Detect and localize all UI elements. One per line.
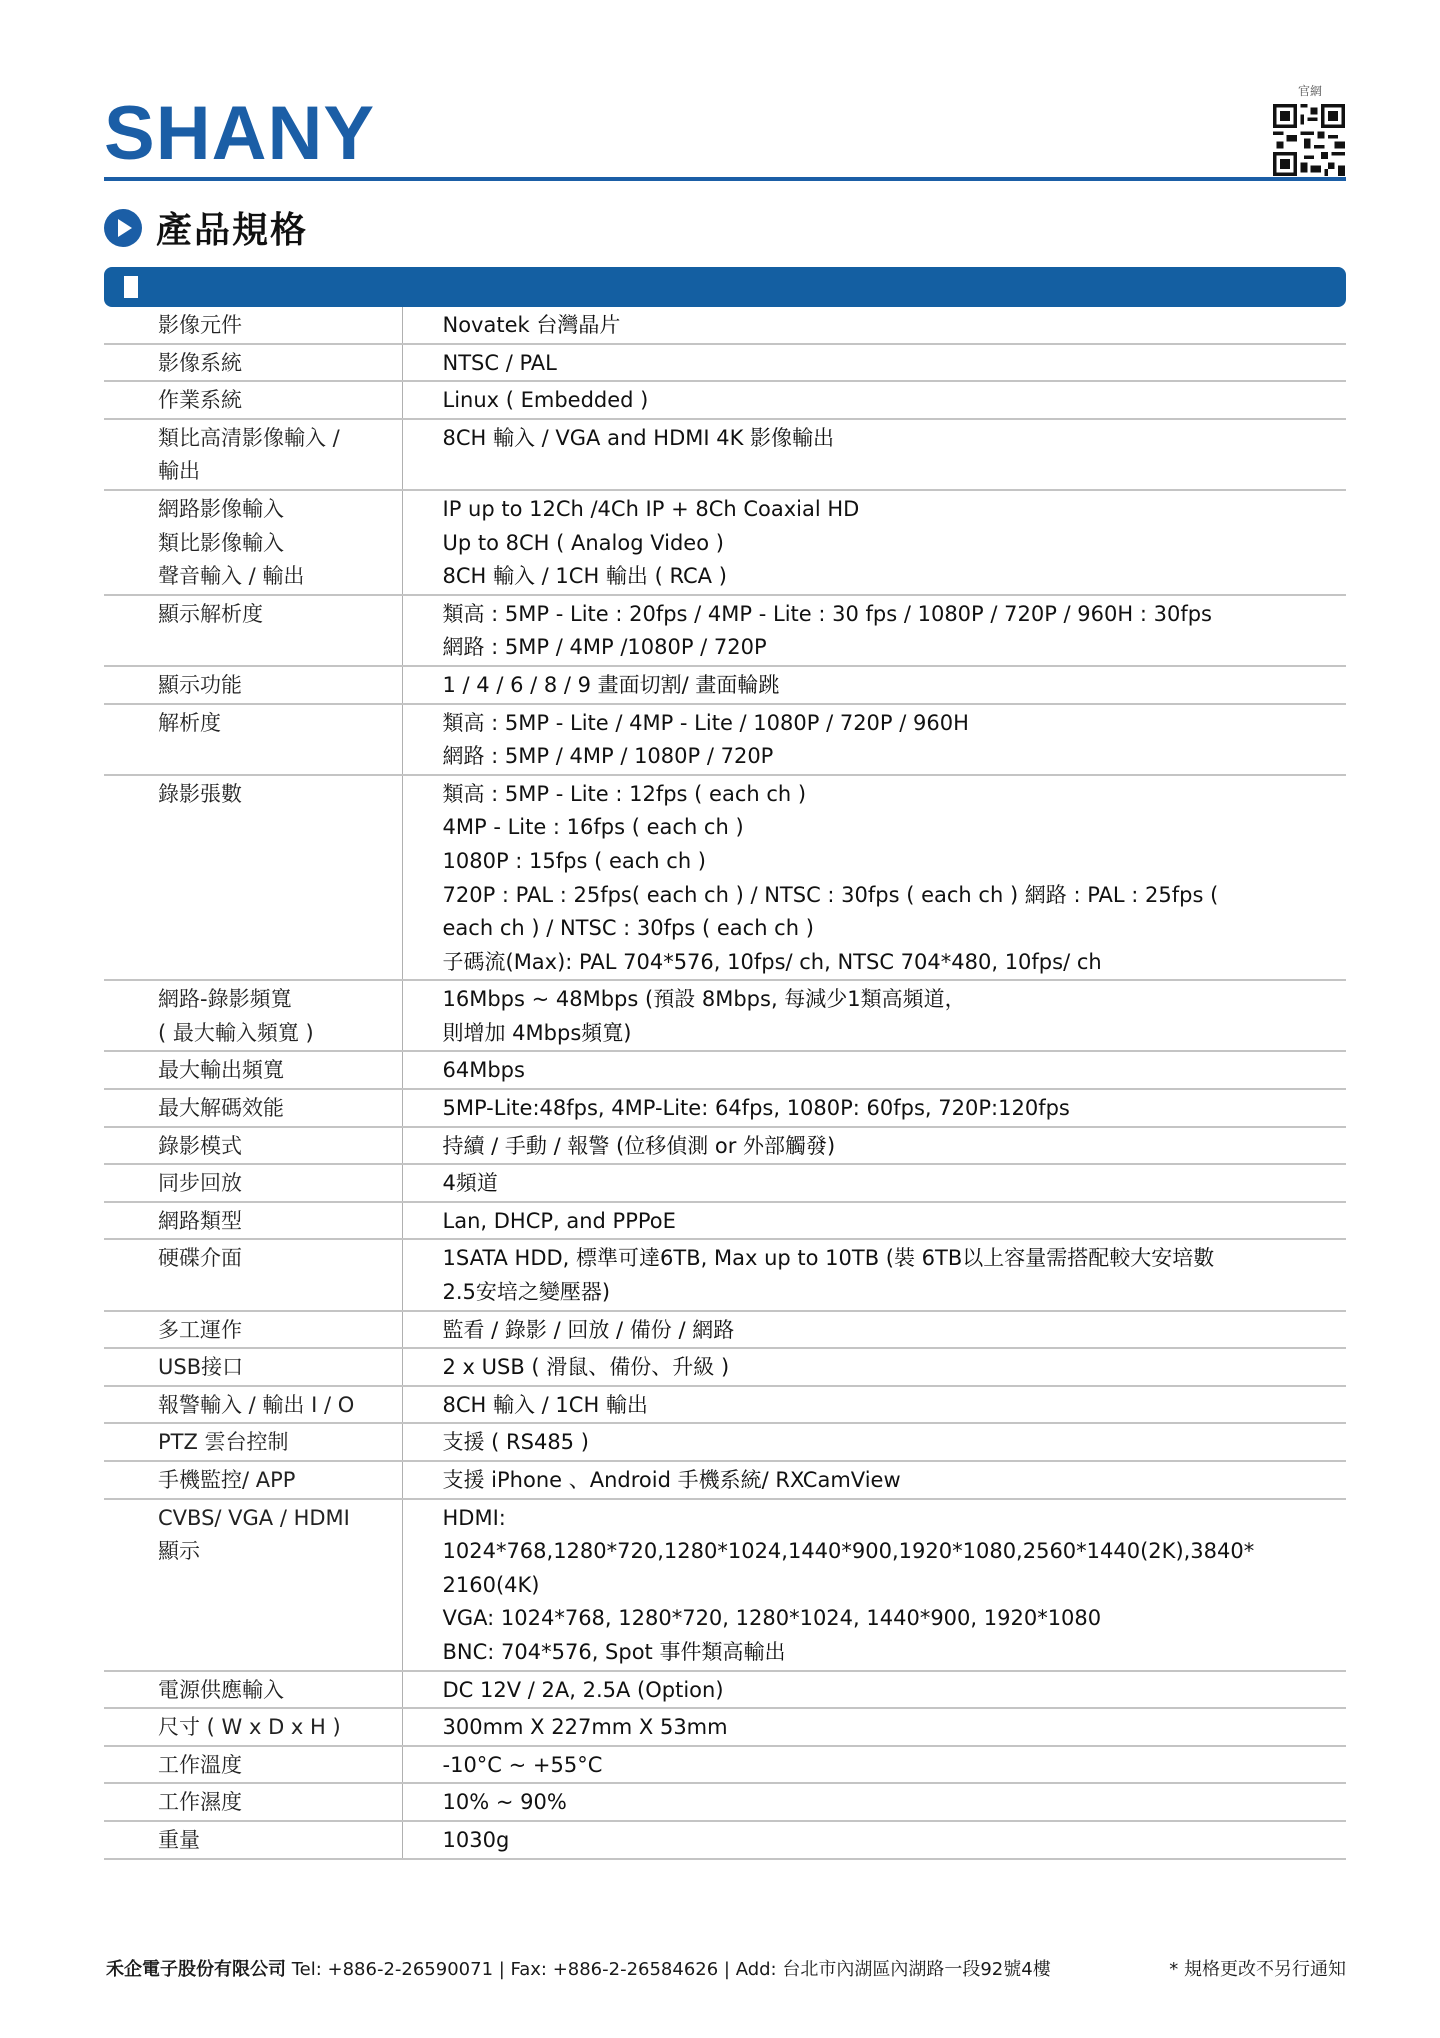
spec-row: 工作濕度10% ~ 90%	[104, 1783, 1346, 1821]
spec-value: 持續 / 手動 / 報警 (位移偵測 or 外部觸發)	[402, 1127, 1346, 1165]
spec-value-line: Linux ( Embedded )	[443, 384, 1347, 418]
spec-row: 網路-錄影頻寬( 最大輸入頻寬 )16Mbps ~ 48Mbps (預設 8Mb…	[104, 980, 1346, 1051]
spec-row: CVBS/ VGA / HDMI顯示​​​HDMI:1024*768,1280*…	[104, 1499, 1346, 1671]
spacer: ​	[158, 811, 402, 845]
spec-value: 2 x USB ( 滑鼠、備份、升級 )	[402, 1348, 1346, 1386]
spec-value-line: 64Mbps	[443, 1054, 1347, 1088]
spec-label-line: PTZ 雲台控制	[158, 1426, 402, 1460]
spec-row: 影像元件Novatek 台灣晶片	[104, 307, 1346, 344]
square-marker-icon	[124, 276, 138, 298]
spec-label-line: 顯示功能	[158, 669, 402, 703]
spec-value-line: 類高 : 5MP - Lite : 12fps ( each ch )	[443, 778, 1347, 812]
spacer: ​	[158, 946, 402, 980]
spec-table: 影像元件Novatek 台灣晶片影像系統NTSC / PAL作業系統Linux …	[104, 307, 1346, 1860]
spec-value: 300mm X 227mm X 53mm	[402, 1708, 1346, 1746]
spec-value-line: 1080P : 15fps ( each ch )	[443, 845, 1347, 879]
spec-label: 尺寸 ( W x D x H )	[104, 1708, 402, 1746]
spec-value-line: BNC: 704*576, Spot 事件類高輸出	[443, 1636, 1347, 1670]
spec-value-line: 監看 / 錄影 / 回放 / 備份 / 網路	[443, 1314, 1347, 1348]
spec-value-line: 16Mbps ~ 48Mbps (預設 8Mbps, 每減少1類高頻道，	[443, 983, 1347, 1017]
spec-value: DC 12V / 2A, 2.5A (Option)	[402, 1671, 1346, 1709]
spacer: ​	[158, 879, 402, 913]
spec-row: PTZ 雲台控制支援 ( RS485 )	[104, 1423, 1346, 1461]
spec-label-line: ( 最大輸入頻寬 )	[158, 1017, 402, 1051]
spec-label: 錄影張數​​​​​	[104, 775, 402, 981]
spec-value-line: 2.5安培之變壓器)	[443, 1276, 1347, 1310]
spacer: ​	[158, 1602, 402, 1636]
spec-value-line: 1SATA HDD, 標準可達6TB, Max up to 10TB (裝 6T…	[443, 1242, 1347, 1276]
spec-value-line: 類高 : 5MP - Lite : 20fps / 4MP - Lite : 3…	[443, 598, 1347, 632]
spec-value: 8CH 輸入 / 1CH 輸出	[402, 1386, 1346, 1424]
spec-value: Lan, DHCP, and PPPoE	[402, 1202, 1346, 1240]
spec-value-line: 300mm X 227mm X 53mm	[443, 1711, 1347, 1745]
spec-label-line: 工作濕度	[158, 1786, 402, 1820]
spec-value-line: ​	[443, 455, 1347, 489]
spec-label-line: 硬碟介面	[158, 1242, 402, 1276]
spec-value: 4頻道	[402, 1164, 1346, 1202]
spec-row: 網路類型Lan, DHCP, and PPPoE	[104, 1202, 1346, 1240]
spacer: ​	[158, 631, 402, 665]
spec-value: 16Mbps ~ 48Mbps (預設 8Mbps, 每減少1類高頻道，則增加 …	[402, 980, 1346, 1051]
section-title: 產品規格	[156, 202, 308, 253]
spec-row: 解析度​類高 : 5MP - Lite / 4MP - Lite / 1080P…	[104, 704, 1346, 775]
spec-label-line: 作業系統	[158, 384, 402, 418]
spec-row: 電源供應輸入DC 12V / 2A, 2.5A (Option)	[104, 1671, 1346, 1709]
spec-row: 最大輸出頻寬64Mbps	[104, 1051, 1346, 1089]
spec-label: 最大解碼效能	[104, 1089, 402, 1127]
spec-row: 網路影像輸入類比影像輸入聲音輸入 / 輸出IP up to 12Ch /4Ch …	[104, 490, 1346, 595]
spec-value-line: Lan, DHCP, and PPPoE	[443, 1205, 1347, 1239]
spec-label: 顯示解析度​	[104, 595, 402, 666]
spec-label-line: 類比影像輸入	[158, 527, 402, 561]
footer: 禾企電子股份有限公司 Tel: +886-2-26590071 | Fax: +…	[106, 1955, 1346, 1981]
spec-label: 網路影像輸入類比影像輸入聲音輸入 / 輸出	[104, 490, 402, 595]
spec-value-line: Novatek 台灣晶片	[443, 309, 1347, 343]
spec-value-line: 4MP - Lite : 16fps ( each ch )	[443, 811, 1347, 845]
spec-value: 64Mbps	[402, 1051, 1346, 1089]
spec-value: 10% ~ 90%	[402, 1783, 1346, 1821]
spec-label: 錄影模式	[104, 1127, 402, 1165]
spec-row: 錄影張數​​​​​類高 : 5MP - Lite : 12fps ( each …	[104, 775, 1346, 981]
spec-value-line: 1 / 4 / 6 / 8 / 9 畫面切割/ 畫面輪跳	[443, 669, 1347, 703]
spec-row: 作業系統Linux ( Embedded )	[104, 381, 1346, 419]
spec-label-line: 報警輸入 / 輸出 I / O	[158, 1389, 402, 1423]
spec-label-line: 顯示	[158, 1535, 402, 1569]
spec-value-line: NTSC / PAL	[443, 347, 1347, 381]
spec-value: IP up to 12Ch /4Ch IP + 8Ch Coaxial HDUp…	[402, 490, 1346, 595]
spec-value: 類高 : 5MP - Lite / 4MP - Lite / 1080P / 7…	[402, 704, 1346, 775]
spec-label-line: 解析度	[158, 707, 402, 741]
spec-row: 顯示功能1 / 4 / 6 / 8 / 9 畫面切割/ 畫面輪跳	[104, 666, 1346, 704]
spacer: ​	[158, 1636, 402, 1670]
spec-value-line: VGA: 1024*768, 1280*720, 1280*1024, 1440…	[443, 1602, 1347, 1636]
contact-info: Tel: +886-2-26590071 | Fax: +886-2-26584…	[286, 1959, 1051, 1980]
spec-value: HDMI:1024*768,1280*720,1280*1024,1440*90…	[402, 1499, 1346, 1671]
spec-label-line: 同步回放	[158, 1167, 402, 1201]
spacer: ​	[158, 912, 402, 946]
spec-value: Linux ( Embedded )	[402, 381, 1346, 419]
spec-value-line: 8CH 輸入 / VGA and HDMI 4K 影像輸出	[443, 422, 1347, 456]
spec-value-line: -10°C ~ +55°C	[443, 1749, 1347, 1783]
spec-value-line: 則增加 4Mbps頻寬)	[443, 1017, 1347, 1051]
spec-value: 1 / 4 / 6 / 8 / 9 畫面切割/ 畫面輪跳	[402, 666, 1346, 704]
spec-value: NTSC / PAL	[402, 344, 1346, 382]
spec-value-line: Up to 8CH ( Analog Video )	[443, 527, 1347, 561]
spec-row: 多工運作監看 / 錄影 / 回放 / 備份 / 網路	[104, 1311, 1346, 1349]
spec-label: 報警輸入 / 輸出 I / O	[104, 1386, 402, 1424]
spec-label-line: 影像系統	[158, 347, 402, 381]
spec-row: 錄影模式持續 / 手動 / 報警 (位移偵測 or 外部觸發)	[104, 1127, 1346, 1165]
footer-contact: 禾企電子股份有限公司 Tel: +886-2-26590071 | Fax: +…	[106, 1955, 1051, 1981]
spec-label-line: 聲音輸入 / 輸出	[158, 560, 402, 594]
spec-label-line: 類比高清影像輸入 /	[158, 422, 402, 456]
spec-value-line: 1024*768,1280*720,1280*1024,1440*900,192…	[443, 1535, 1347, 1569]
spec-label: 網路-錄影頻寬( 最大輸入頻寬 )	[104, 980, 402, 1051]
spec-label-line: 最大輸出頻寬	[158, 1054, 402, 1088]
spec-label: 作業系統	[104, 381, 402, 419]
spec-label-line: 網路-錄影頻寬	[158, 983, 402, 1017]
spec-label: 網路類型	[104, 1202, 402, 1240]
spec-row: 顯示解析度​類高 : 5MP - Lite : 20fps / 4MP - Li…	[104, 595, 1346, 666]
spec-row: 類比高清影像輸入 /輸出8CH 輸入 / VGA and HDMI 4K 影像輸…	[104, 419, 1346, 490]
spec-label-line: 多工運作	[158, 1314, 402, 1348]
spec-value-line: each ch ) / NTSC : 30fps ( each ch )	[443, 912, 1347, 946]
spec-label: 多工運作	[104, 1311, 402, 1349]
spec-label-line: 最大解碼效能	[158, 1092, 402, 1126]
spec-row: 工作溫度-10°C ~ +55°C	[104, 1746, 1346, 1784]
spec-label-line: 錄影張數	[158, 778, 402, 812]
spec-label-line: 重量	[158, 1824, 402, 1858]
spec-value-line: 10% ~ 90%	[443, 1786, 1347, 1820]
spec-label: 顯示功能	[104, 666, 402, 704]
spec-label-line: 網路類型	[158, 1205, 402, 1239]
spec-value: 類高 : 5MP - Lite : 12fps ( each ch )4MP -…	[402, 775, 1346, 981]
spec-value: Novatek 台灣晶片	[402, 307, 1346, 344]
spec-value-line: 網路 : 5MP / 4MP / 1080P / 720P	[443, 740, 1347, 774]
spec-label: 工作濕度	[104, 1783, 402, 1821]
spec-value-line: 類高 : 5MP - Lite / 4MP - Lite / 1080P / 7…	[443, 707, 1347, 741]
spec-value: 1SATA HDD, 標準可達6TB, Max up to 10TB (裝 6T…	[402, 1239, 1346, 1310]
brand-logo: SHANY	[104, 96, 375, 172]
spec-value-line: 網路 : 5MP / 4MP /1080P / 720P	[443, 631, 1347, 665]
spec-label: 硬碟介面​	[104, 1239, 402, 1310]
spec-label: 類比高清影像輸入 /輸出	[104, 419, 402, 490]
company-name: 禾企電子股份有限公司	[106, 1959, 286, 1980]
spacer: ​	[158, 1569, 402, 1603]
spec-label: 解析度​	[104, 704, 402, 775]
spec-label-line: 尺寸 ( W x D x H )	[158, 1711, 402, 1745]
spec-label-line: 手機監控/ APP	[158, 1464, 402, 1498]
spec-row: 尺寸 ( W x D x H )300mm X 227mm X 53mm	[104, 1708, 1346, 1746]
top-divider	[104, 177, 1346, 181]
spec-value-line: 5MP-Lite:48fps, 4MP-Lite: 64fps, 1080P: …	[443, 1092, 1347, 1126]
spec-value: 8CH 輸入 / VGA and HDMI 4K 影像輸出​	[402, 419, 1346, 490]
spec-label: 工作溫度	[104, 1746, 402, 1784]
spec-label: 影像系統	[104, 344, 402, 382]
table-header-bar	[104, 267, 1346, 307]
qr-code-icon[interactable]	[1273, 104, 1345, 176]
section-heading: 產品規格	[104, 202, 308, 253]
spec-label: 手機監控/ APP	[104, 1461, 402, 1499]
spec-label: 同步回放	[104, 1164, 402, 1202]
spec-row: 報警輸入 / 輸出 I / O8CH 輸入 / 1CH 輸出	[104, 1386, 1346, 1424]
spec-value-line: HDMI:	[443, 1502, 1347, 1536]
spec-label: 電源供應輸入	[104, 1671, 402, 1709]
qr-label: 官網	[1290, 82, 1330, 99]
spec-value: 5MP-Lite:48fps, 4MP-Lite: 64fps, 1080P: …	[402, 1089, 1346, 1127]
spec-value-line: 4頻道	[443, 1167, 1347, 1201]
spec-value-line: 2 x USB ( 滑鼠、備份、升級 )	[443, 1351, 1347, 1385]
spacer: ​	[158, 740, 402, 774]
spec-label: 影像元件	[104, 307, 402, 344]
spec-value: 支援 ( RS485 )	[402, 1423, 1346, 1461]
spec-row: 同步回放4頻道	[104, 1164, 1346, 1202]
spec-value: 類高 : 5MP - Lite : 20fps / 4MP - Lite : 3…	[402, 595, 1346, 666]
spec-row: 重量1030g	[104, 1821, 1346, 1859]
spec-value-line: 720P : PAL : 25fps( each ch ) / NTSC : 3…	[443, 879, 1347, 913]
spec-label-line: USB接口	[158, 1351, 402, 1385]
spec-label: CVBS/ VGA / HDMI顯示​​​	[104, 1499, 402, 1671]
spec-value-line: 8CH 輸入 / 1CH 輸出 ( RCA )	[443, 560, 1347, 594]
spec-value: 1030g	[402, 1821, 1346, 1859]
spec-label-line: 輸出	[158, 455, 402, 489]
spec-row: 硬碟介面​1SATA HDD, 標準可達6TB, Max up to 10TB …	[104, 1239, 1346, 1310]
spec-row: 最大解碼效能5MP-Lite:48fps, 4MP-Lite: 64fps, 1…	[104, 1089, 1346, 1127]
spec-value: -10°C ~ +55°C	[402, 1746, 1346, 1784]
spec-row: USB接口2 x USB ( 滑鼠、備份、升級 )	[104, 1348, 1346, 1386]
spec-value-line: 支援 iPhone 、Android 手機系統/ RXCamView	[443, 1464, 1347, 1498]
spec-label: PTZ 雲台控制	[104, 1423, 402, 1461]
spec-row: 手機監控/ APP支援 iPhone 、Android 手機系統/ RXCamV…	[104, 1461, 1346, 1499]
spec-label: 重量	[104, 1821, 402, 1859]
spec-value-line: 支援 ( RS485 )	[443, 1426, 1347, 1460]
spacer: ​	[158, 1276, 402, 1310]
spec-value-line: 8CH 輸入 / 1CH 輸出	[443, 1389, 1347, 1423]
spec-value: 監看 / 錄影 / 回放 / 備份 / 網路	[402, 1311, 1346, 1349]
spec-label: 最大輸出頻寬	[104, 1051, 402, 1089]
spec-label-line: 顯示解析度	[158, 598, 402, 632]
spec-label-line: 影像元件	[158, 309, 402, 343]
spec-label: USB接口	[104, 1348, 402, 1386]
spec-row: 影像系統NTSC / PAL	[104, 344, 1346, 382]
spec-label-line: 網路影像輸入	[158, 493, 402, 527]
spec-value-line: 2160(4K)	[443, 1569, 1347, 1603]
spec-label-line: CVBS/ VGA / HDMI	[158, 1502, 402, 1536]
spec-value-line: DC 12V / 2A, 2.5A (Option)	[443, 1674, 1347, 1708]
spec-label-line: 錄影模式	[158, 1130, 402, 1164]
footer-note: * 規格更改不另行通知	[1169, 1955, 1346, 1981]
spec-label-line: 電源供應輸入	[158, 1674, 402, 1708]
spec-label-line: 工作溫度	[158, 1749, 402, 1783]
spec-value: 支援 iPhone 、Android 手機系統/ RXCamView	[402, 1461, 1346, 1499]
spec-value-line: 1030g	[443, 1824, 1347, 1858]
play-circle-icon	[104, 209, 142, 247]
spacer: ​	[158, 845, 402, 879]
spec-value-line: IP up to 12Ch /4Ch IP + 8Ch Coaxial HD	[443, 493, 1347, 527]
spec-value-line: 子碼流(Max): PAL 704*576, 10fps/ ch, NTSC 7…	[443, 946, 1347, 980]
spec-value-line: 持續 / 手動 / 報警 (位移偵測 or 外部觸發)	[443, 1130, 1347, 1164]
